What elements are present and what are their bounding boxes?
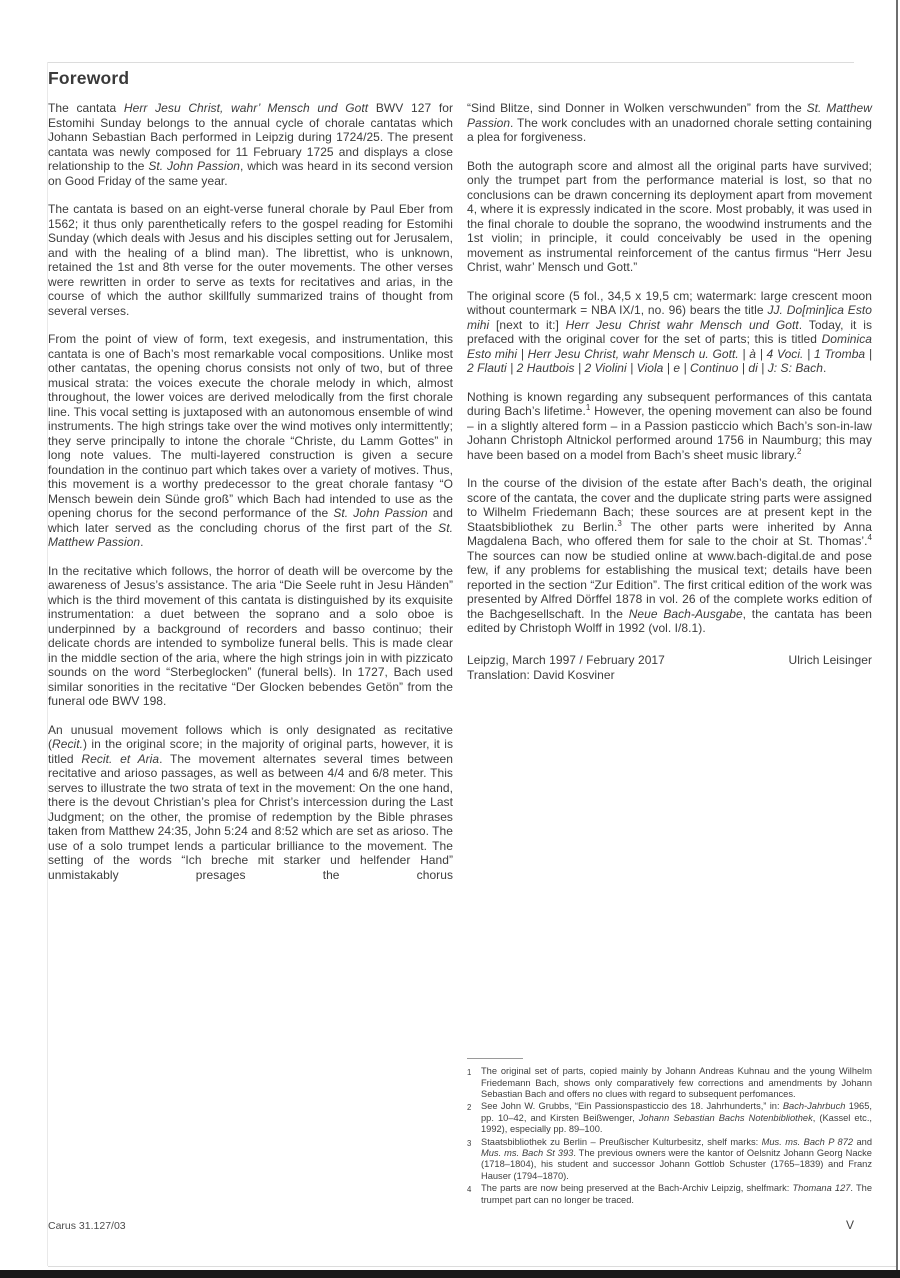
- italic-text: Herr Jesu Christ wahr Mensch und Gott: [566, 318, 799, 332]
- page-content: Foreword The cantata Herr Jesu Christ, w…: [48, 62, 872, 1207]
- footnote-number: 3: [467, 1137, 481, 1183]
- foreword-heading: Foreword: [48, 67, 872, 89]
- footnote-reference: 4: [868, 533, 873, 542]
- footnote-number: 4: [467, 1183, 481, 1206]
- paragraph: The cantata Herr Jesu Christ, wahr’ Mens…: [48, 101, 453, 188]
- paragraph: An unusual movement follows which is onl…: [48, 723, 453, 883]
- footnote-number: 1: [467, 1066, 481, 1100]
- footnote-list: 1The original set of parts, copied mainl…: [467, 1066, 872, 1206]
- footnote-number: 2: [467, 1101, 481, 1135]
- signature-author: Ulrich Leisinger: [789, 653, 873, 668]
- text-column-right: “Sind Blitze, sind Donner in Wolken vers…: [467, 101, 872, 1207]
- italic-text: St. John Passion: [333, 506, 427, 520]
- bottom-rule: [48, 1266, 896, 1267]
- italic-text: St. Matthew Passion: [467, 101, 872, 130]
- bottom-scan-bar: [0, 1270, 900, 1278]
- footnote-reference: 3: [617, 519, 622, 528]
- footnote-separator: [467, 1058, 523, 1059]
- text-column-left: The cantata Herr Jesu Christ, wahr’ Mens…: [48, 101, 453, 1207]
- signature-place-date: Leipzig, March 1997 / February 2017: [467, 653, 665, 668]
- footnote: 1The original set of parts, copied mainl…: [467, 1066, 872, 1100]
- italic-text: Mus. ms. Bach P 872: [762, 1137, 853, 1147]
- paragraph: “Sind Blitze, sind Donner in Wolken vers…: [467, 101, 872, 145]
- italic-text: Mus. ms. Bach St 393: [481, 1148, 573, 1158]
- footnote-text: Staatsbibliothek zu Berlin – Preußischer…: [481, 1137, 872, 1183]
- italic-text: Thomana 127: [792, 1183, 850, 1193]
- footnotes-section: 1The original set of parts, copied mainl…: [467, 1058, 872, 1207]
- italic-text: Neue Bach-Ausgabe: [629, 607, 743, 621]
- footnote-reference: 2: [797, 447, 802, 456]
- paragraph: The cantata is based on an eight-verse f…: [48, 202, 453, 318]
- footnote-text: See John W. Grubbs, “Ein Passionspasticc…: [481, 1101, 872, 1135]
- two-column-text: The cantata Herr Jesu Christ, wahr’ Mens…: [48, 101, 872, 1207]
- footnote-text: The parts are now being preserved at the…: [481, 1183, 872, 1206]
- signature-block: Leipzig, March 1997 / February 2017 Ulri…: [467, 653, 872, 683]
- italic-text: Bach-Jahrbuch: [783, 1101, 846, 1111]
- footnote: 3Staatsbibliothek zu Berlin – Preußische…: [467, 1137, 872, 1183]
- footnote: 2See John W. Grubbs, “Ein Passionspastic…: [467, 1101, 872, 1135]
- italic-text: St. John Passion: [148, 159, 240, 173]
- italic-text: Herr Jesu Christ, wahr’ Mensch und Gott: [124, 101, 368, 115]
- italic-text: Recit. et Aria: [81, 752, 159, 766]
- italic-text: Recit.: [52, 737, 83, 751]
- paragraph: In the course of the division of the est…: [467, 476, 872, 636]
- document-page: Foreword The cantata Herr Jesu Christ, w…: [0, 0, 900, 1278]
- italic-text: St. Matthew Passion: [48, 521, 453, 550]
- footnote-text: The original set of parts, copied mainly…: [481, 1066, 872, 1100]
- right-scan-edge: [896, 0, 898, 1270]
- italic-text: Dominica Esto mihi | Herr Jesu Christ, w…: [467, 332, 872, 375]
- italic-text: Johann Sebastian Bachs Notenbibliothek: [639, 1113, 813, 1123]
- paragraph: The original score (5 fol., 34,5 x 19,5 …: [467, 289, 872, 376]
- footnote-reference: 1: [586, 403, 591, 412]
- paragraph: Nothing is known regarding any subsequen…: [467, 390, 872, 463]
- right-column-paragraphs: “Sind Blitze, sind Donner in Wolken vers…: [467, 101, 872, 636]
- edition-number: Carus 31.127/03: [48, 1220, 126, 1232]
- paragraph: Both the autograph score and almost all …: [467, 159, 872, 275]
- page-footer: Carus 31.127/03 V: [48, 1218, 854, 1232]
- paragraph: From the point of view of form, text exe…: [48, 332, 453, 550]
- signature-translation: Translation: David Kosviner: [467, 668, 872, 683]
- footnote: 4The parts are now being preserved at th…: [467, 1183, 872, 1206]
- paragraph: In the recitative which follows, the hor…: [48, 564, 453, 709]
- page-number: V: [846, 1218, 854, 1232]
